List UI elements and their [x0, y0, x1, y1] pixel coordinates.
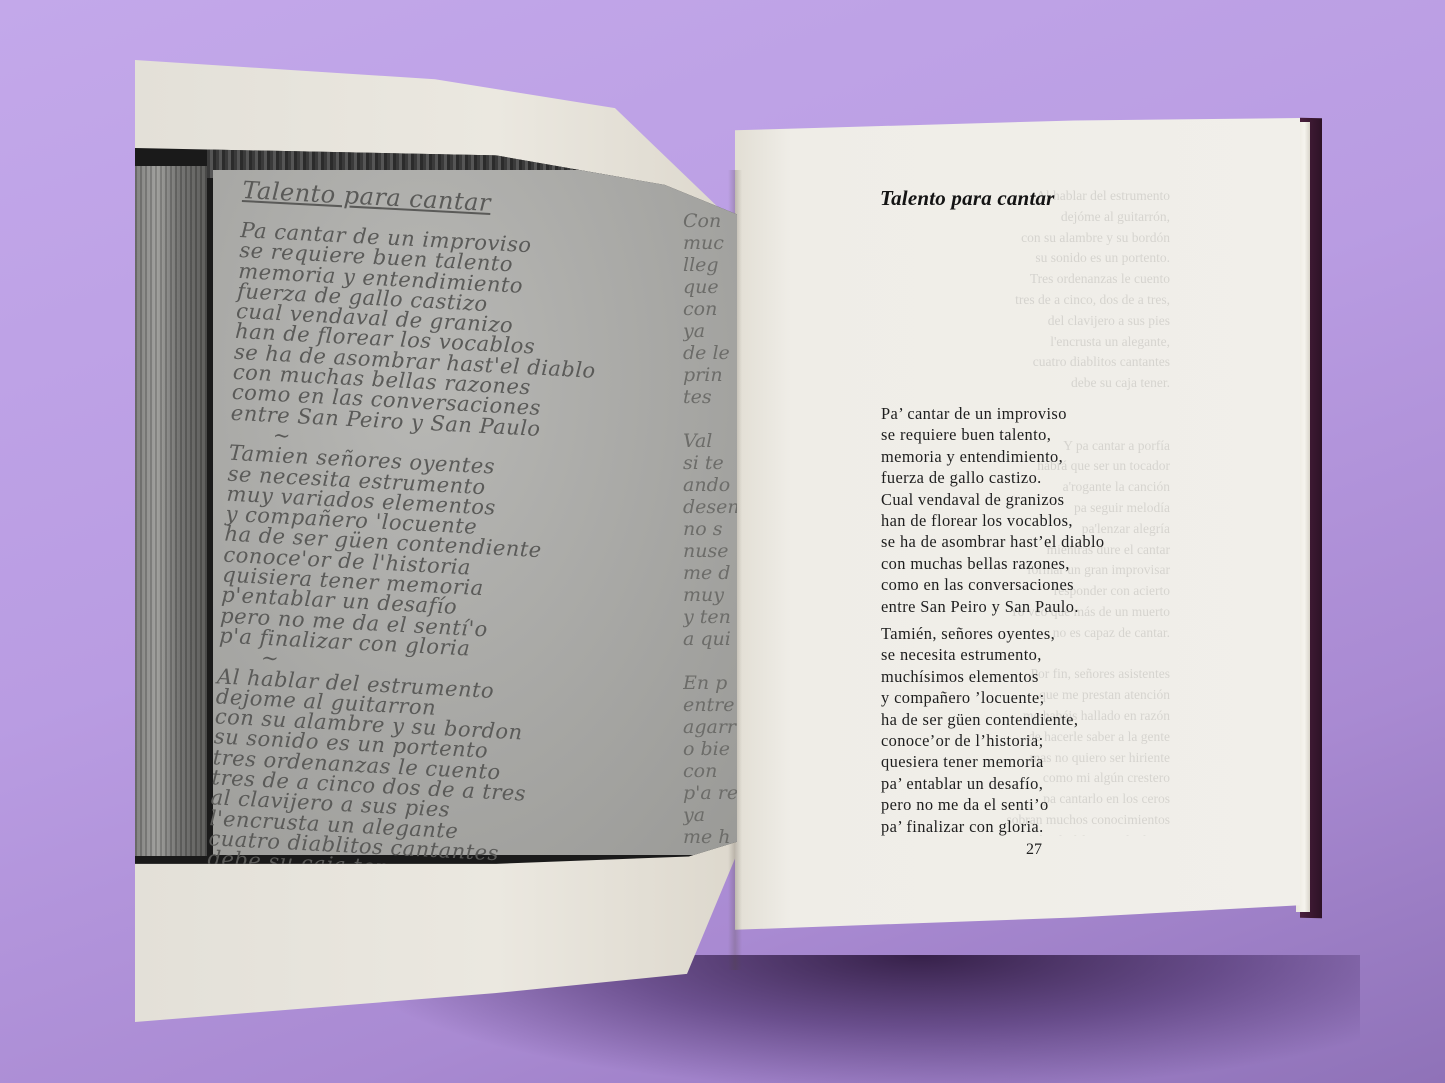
handwritten-fragment: con [683, 298, 743, 320]
handwritten-fragment: que [683, 276, 743, 298]
handwritten-fragment: entre [683, 694, 743, 716]
handwritten-fragment: agarr [683, 716, 743, 738]
poem-line: se requiere buen talento, [881, 424, 1105, 445]
handwritten-fragment: no s [683, 518, 743, 540]
bleed-line: tres de a cinco, dos de a tres, [965, 290, 1170, 311]
wooden-board [135, 166, 207, 856]
handwritten-fragment: tes [683, 386, 743, 408]
bleed-line: del clavijero a sus pies [965, 311, 1170, 332]
handwritten-fragment: si te [683, 452, 743, 474]
poem-line: ha de ser güen contendiente, [881, 709, 1078, 730]
handwritten-lines: Pa cantar de un improvisose requiere bue… [206, 220, 603, 908]
handwritten-fragment: ya [683, 320, 743, 342]
handwritten-fragment: me d [683, 562, 743, 584]
handwritten-fragment: nuse [683, 540, 743, 562]
handwritten-fragment: En p [683, 672, 743, 694]
handwritten-fragment: prin [683, 364, 743, 386]
manuscript-paper: Talento para cantar Pa cantar de un impr… [213, 170, 737, 855]
poem-line: fuerza de gallo castizo. [881, 467, 1105, 488]
bleed-line: con su alambre y su bordón [965, 228, 1170, 249]
handwritten-fragment: y ten [683, 606, 743, 628]
handwritten-fragment: a qui [683, 628, 743, 650]
stanza-2: Tamién, señores oyentes,se necesita estr… [881, 623, 1078, 837]
poem-line: Pa’ cantar de un improviso [881, 403, 1105, 424]
bleed-line: Tres ordenanzas le cuento [965, 269, 1170, 290]
handwritten-fragment: muc [683, 232, 743, 254]
poem-line: se ha de asombrar hast’el diablo [881, 531, 1105, 552]
poem-line: Tamién, señores oyentes, [881, 623, 1078, 644]
handwritten-fragment: lleg [683, 254, 743, 276]
handwritten-fragment: o bie [683, 738, 743, 760]
page-number: 27 [1026, 841, 1042, 859]
bleed-line: cuatro diablitos cantantes [965, 352, 1170, 373]
handwritten-fragment: Val [683, 430, 743, 452]
bleed-line: l'encrusta un alegante, [965, 332, 1170, 353]
handwritten-fragment: desen [683, 496, 743, 518]
poem-line: han de florear los vocablos, [881, 510, 1105, 531]
poem-line: muchísimos elementos [881, 666, 1078, 687]
poem-line: pa’ finalizar con gloria. [881, 816, 1078, 837]
poem-line: quesiera tener memoria [881, 751, 1078, 772]
handwritten-fragment: Con [683, 210, 743, 232]
poem-line: como en las conversaciones [881, 574, 1105, 595]
poem-line: entre San Peiro y San Paulo. [881, 596, 1105, 617]
poem-title: Talento para cantar [880, 186, 1055, 211]
handwritten-fragment: p'a re [683, 782, 743, 804]
handwritten-fragment [683, 650, 743, 672]
handwritten-right-column: Conmucllegqueconyade leprintes Valsi tea… [683, 210, 743, 850]
poem-line: pero no me da el senti’o [881, 794, 1078, 815]
poem-line: con muchas bellas razones, [881, 553, 1105, 574]
poem-line: se necesita estrumento, [881, 644, 1078, 665]
handwritten-fragment [683, 408, 743, 430]
bleed-line: su sonido es un portento. [965, 248, 1170, 269]
poem-line: pa’ entablar un desafío, [881, 773, 1078, 794]
handwritten-fragment: ando [683, 474, 743, 496]
poem-line: Cual vendaval de granizos [881, 489, 1105, 510]
poem-line: memoria y entendimiento, [881, 446, 1105, 467]
stanza-1: Pa’ cantar de un improvisose requiere bu… [881, 403, 1105, 617]
poem-line: conoce’or de l’historia; [881, 730, 1078, 751]
handwritten-title: Talento para cantar [242, 180, 491, 213]
poem-line: y compañero ’locuente; [881, 687, 1078, 708]
handwritten-fragment: ya [683, 804, 743, 826]
handwritten-fragment: de le [683, 342, 743, 364]
handwritten-fragment: muy [683, 584, 743, 606]
bleed-line: debe su caja tener. [965, 373, 1170, 394]
manuscript-photo: Talento para cantar Pa cantar de un impr… [135, 148, 737, 886]
handwritten-fragment: con [683, 760, 743, 782]
